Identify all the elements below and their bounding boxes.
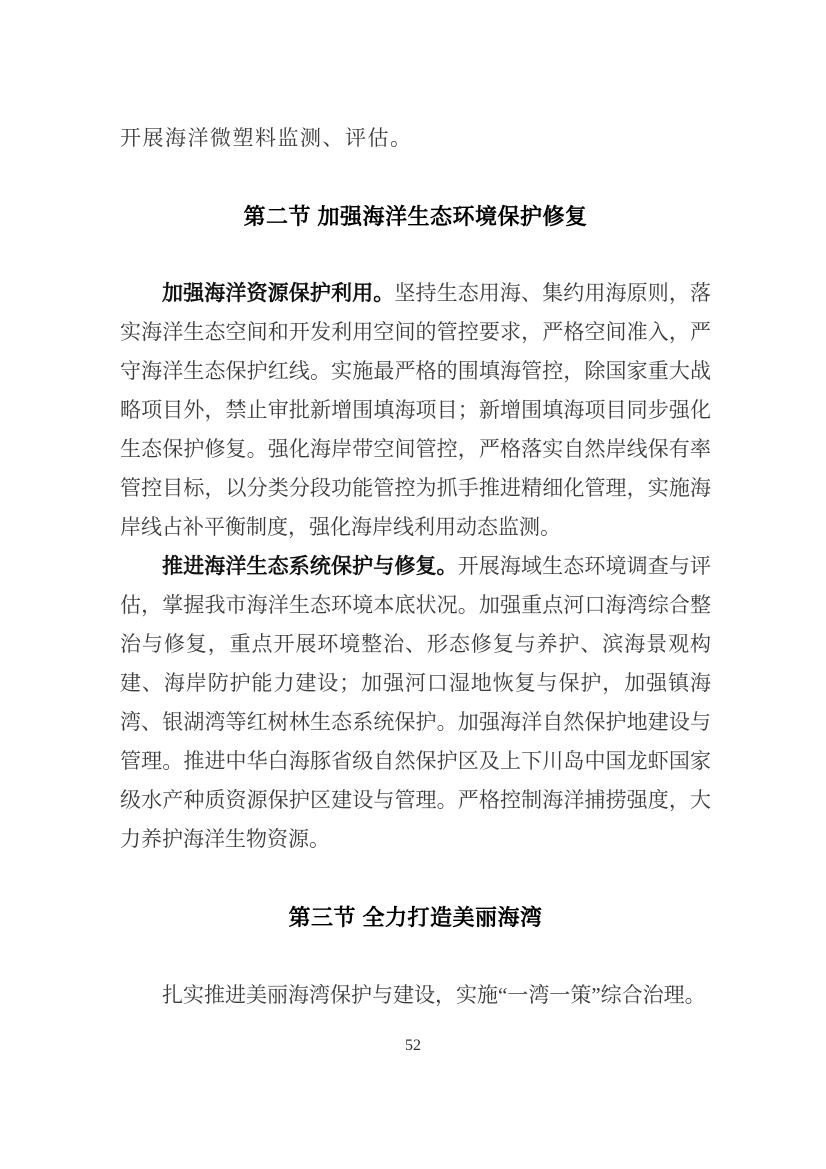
section-heading-2: 第二节 加强海洋生态环境保护修复 — [120, 197, 711, 236]
page-number: 52 — [0, 1036, 826, 1056]
paragraph-ecosystem-restoration-lead: 推进海洋生态系统保护与修复。 — [162, 555, 458, 578]
paragraph-marine-resources: 加强海洋资源保护利用。坚持生态用海、集约用海原则，落实海洋生态空间和开发利用空间… — [120, 274, 711, 547]
section-heading-3: 第三节 全力打造美丽海湾 — [120, 898, 711, 937]
paragraph-continuation-line: 开展海洋微塑料监测、评估。 — [120, 119, 711, 158]
paragraph-ecosystem-restoration: 推进海洋生态系统保护与修复。开展海域生态环境调查与评估，掌握我市海洋生态环境本底… — [120, 547, 711, 859]
paragraph-marine-resources-lead: 加强海洋资源保护利用。 — [162, 282, 394, 305]
paragraph-marine-resources-text: 坚持生态用海、集约用海原则，落实海洋生态空间和开发利用空间的管控要求，严格空间准… — [120, 281, 711, 539]
paragraph-ecosystem-restoration-text: 开展海域生态环境调查与评估，掌握我市海洋生态环境本底状况。加强重点河口海湾综合整… — [120, 554, 711, 851]
document-page: 开展海洋微塑料监测、评估。 第二节 加强海洋生态环境保护修复 加强海洋资源保护利… — [0, 0, 826, 1169]
paragraph-beautiful-bays: 扎实推进美丽海湾保护与建设，实施“一湾一策”综合治理。 — [120, 976, 711, 1015]
text-column: 开展海洋微塑料监测、评估。 第二节 加强海洋生态环境保护修复 加强海洋资源保护利… — [120, 119, 711, 1015]
